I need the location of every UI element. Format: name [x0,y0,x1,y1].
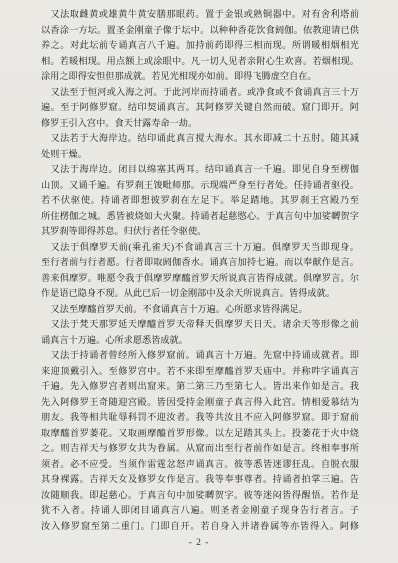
text-line: 所住楞伽之城。悉皆被烧如大火聚。持诵者起慈愍心。于真言句中加娑嚩贺字 [41,209,359,225]
text-line: 相。若暖相现。用点额上或涂眼中。凡一切人见者亲附心生欢喜。若烟相现。 [41,54,359,70]
text-line: 取摩醯首罗萎花。又取画摩醯首罗形像。以左足踏其头上。投萎花于火中烧 [41,426,359,442]
text-line: 又法于梵天那罗延天摩醯首罗天帝释天俱摩罗天日天。诸余天等形像之前 [41,317,359,333]
text-line: 其罗刹等即得苏息。归伏行者任令驱使。 [41,224,359,240]
text-line: 又法至于恒河或入海之河。于此河岸而持诵者。或净食或不食诵真言三十万 [41,85,359,101]
text-line: 先入阿修罗王奇随迎宫殿。皆因受持金刚童子真言得入此宫。情相爱慕结为 [41,395,359,411]
text-line: 山顶。又诵千遍。有罗刹王馂毗师那。示现端严身至行者处。任持诵者驱役。 [41,178,359,194]
text-line: 须者。必不应受。当须作雷霆忿怒声诵真言。彼等悉皆迷谬狂乱。自脱衣服 [41,457,359,473]
document-page: 又法取雌黄或雄黄牛黄安膳那眼药。置于金银或熟铜器中。对有舍利塔前以香涂一方坛。置… [0,0,398,563]
text-line: 诵真言十万遍。心所求愿悉皆成就。 [41,333,359,349]
page-number: - 2 - [0,538,398,548]
text-line: 又法于持诵者曾经所入修罗窟前。诵真言十万遍。先窟中持诵成就者。即 [41,348,359,364]
text-line: 又法于海岸边。闭目以绵塞其两耳。结印诵真言一千遍。即见自身至楞伽 [41,162,359,178]
text-line: 又法若于大海岸边。结印诵此真言搅大海水。其水即减二十五肘。随其减 [41,131,359,147]
text-line: 千遍。先入修罗宫者则出窟来。第二第三乃至第七人。皆出来作如是言。我 [41,379,359,395]
text-line: 之。则吉祥天与修罗女共为眷属。从窟而出至行者前作如是言。终相奉事所 [41,441,359,457]
text-line: 涂用之即得安怛但那成就。若见光相现亦如前。即得飞腾虚空自在。 [41,69,359,85]
text-line: 又法取雌黄或雄黄牛黄安膳那眼药。置于金银或熟铜器中。对有舍利塔前 [41,7,359,23]
text-line: 犹不入者。持诵人即闭目诵真言八遍。则圣者金刚童子现身告行者言。子 [41,503,359,519]
text-line: 若不伏驱使。持诵者即想彼罗刹在左足下。举足踏地。其罗刹王宫殿乃至 [41,193,359,209]
text-line: 作是语已隐身不现。从此已后一切金刚部中及余天所说真言。皆得成就。 [41,286,359,302]
text-line: 来迎顶戴引入。至修罗宫中。若不来即至摩醯首罗天庙中。并称吽字诵真言 [41,364,359,380]
text-line: 汝随顺我。即起慈心。于真言句中加娑嚩贺字。彼等迷闷皆得醒悟。若作是 [41,488,359,504]
text-line: 至行者前与行者愿。行者即取阏伽香水。诵真言加持七遍。而以奉献作是言。 [41,255,359,271]
text-line: 其身裸露。吉祥天女及修罗女作是言。我等奉事尊者。持诵者拍掌三遍。告 [41,472,359,488]
text-line: 以香涂一方坛。置圣金刚童子像于坛中。以种种香花饮食阏伽。依教迎请已供 [41,23,359,39]
text-line: 又法于俱摩罗天前(乘孔雀天)不食诵真言三十万遍。俱摩罗天当即现身。 [41,240,359,256]
text-line: 朋友。我等相共耻辱科罚不迎汝者。我等共汝且不应入阿修罗窟。即于窟前 [41,410,359,426]
text-block: 又法取雌黄或雄黄牛黄安膳那眼药。置于金银或熟铜器中。对有舍利塔前以香涂一方坛。置… [41,7,359,534]
text-line: 修罗王引入宫中。食天甘露寿命一劫。 [41,116,359,132]
text-line: 处则干燥。 [41,147,359,163]
text-line: 养之。对此坛前专诵真言八千遍。加持前药即得三相而现。所谓暖相烟相光 [41,38,359,54]
text-line: 遍。至于阿修罗窟。结印契诵真言。其阿修罗关键自然而破。窟门即开。阿 [41,100,359,116]
text-line: 善来俱摩罗。唯愿令我于俱摩罗摩醯首罗天所说真言皆得成就。俱摩罗言。尔 [41,271,359,287]
text-line: 汝入修罗窟至第二重门。门即自开。若自身入并诸眷属等亦皆得入。阿修 [41,519,359,535]
text-line: 又法至摩醯首罗天前。不食诵真言十万遍。心所愿求皆得满足。 [41,302,359,318]
